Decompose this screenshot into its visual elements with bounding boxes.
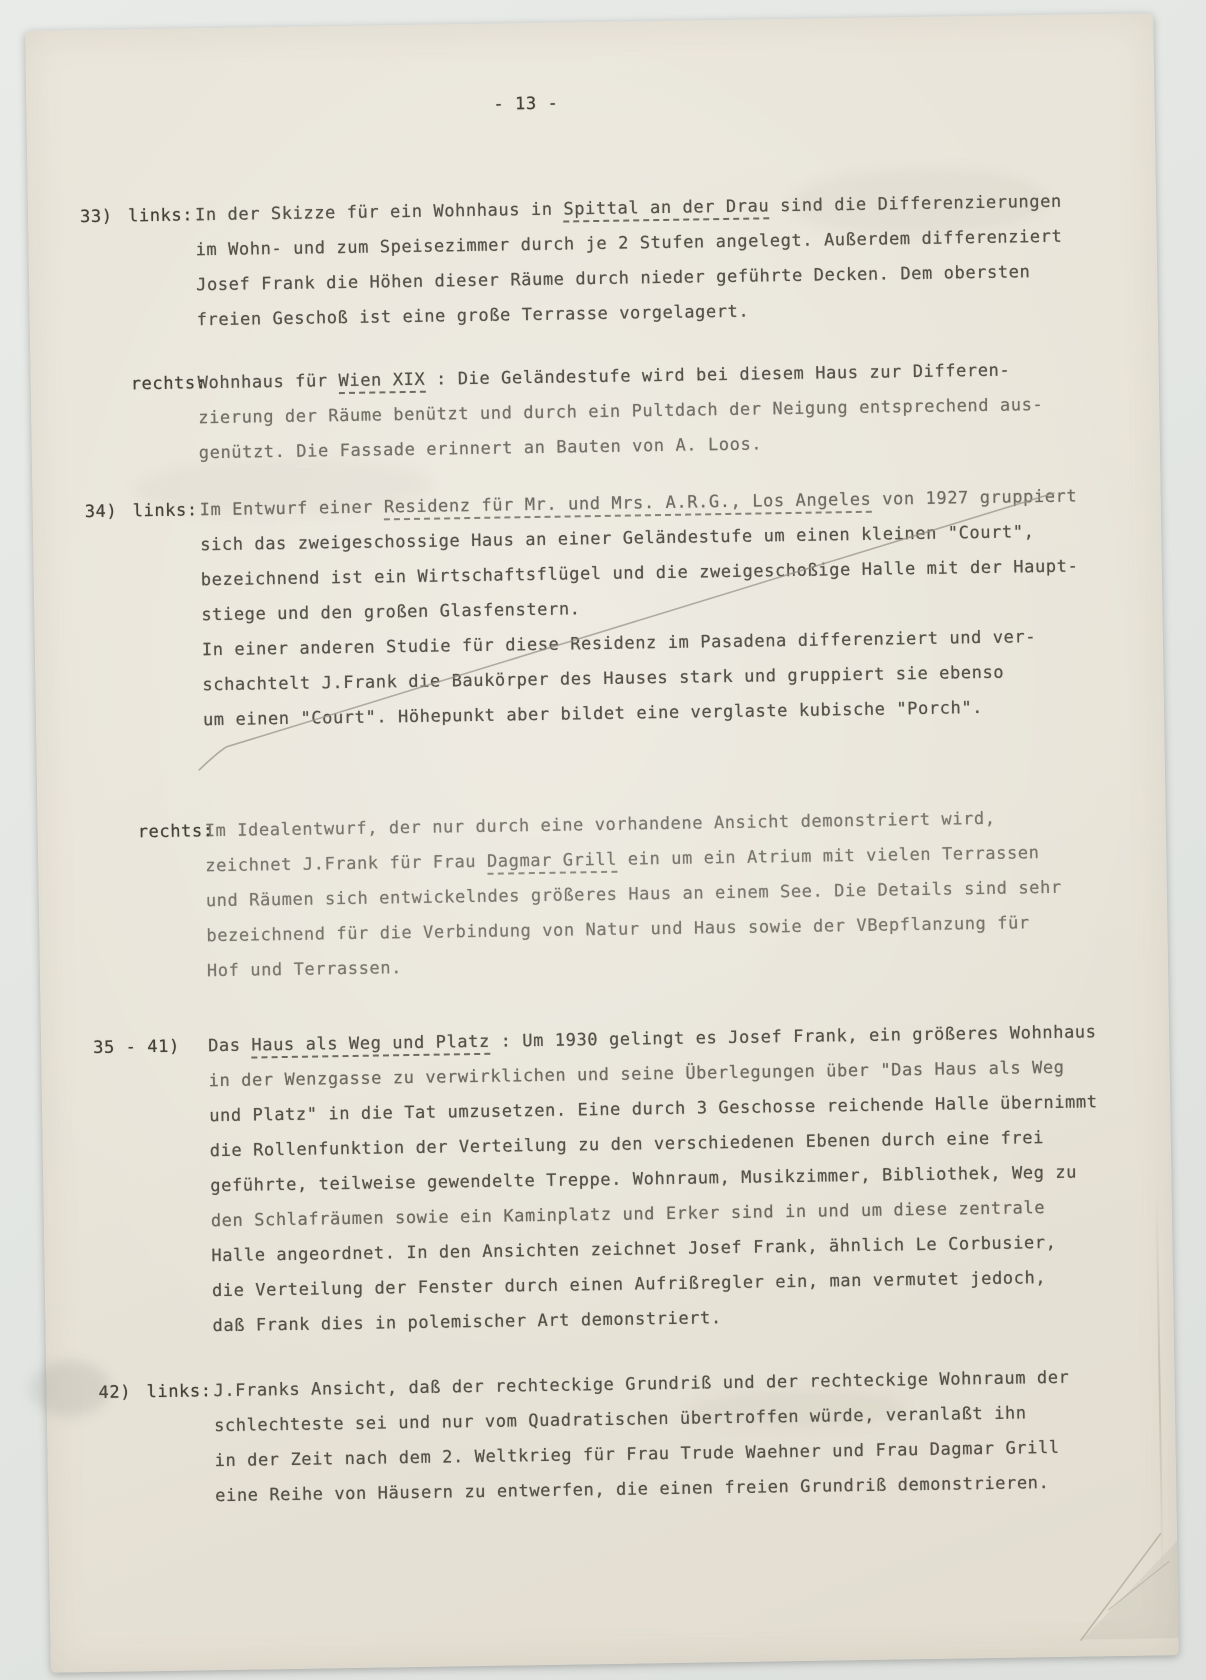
text-segment: ein um ein Atrium mit vielen Terrassen bbox=[617, 843, 1040, 870]
page-content: - 13 - 33)links:In der Skizze für ein Wo… bbox=[25, 13, 1179, 1673]
line-text: stiege und den großen Glasfenstern. bbox=[201, 592, 581, 633]
text-segment: in der Wenzgasse zu verwirklichen und se… bbox=[209, 1058, 1065, 1091]
text-segment: eine Reihe von Häusern zu entwerfen, die… bbox=[215, 1473, 1050, 1506]
text-segment: schachtelt J.Frank die Baukörper des Hau… bbox=[202, 663, 1004, 696]
text-segment: und Platz" in die Tat umzusetzen. Eine d… bbox=[209, 1092, 1098, 1126]
text-segment: um einen "Court". Höhepunkt aber bildet … bbox=[203, 698, 983, 730]
underlined-phrase: Wien XIX bbox=[338, 370, 425, 394]
text-segment: stiege und den großen Glasfenstern. bbox=[201, 599, 581, 625]
paragraphs: 33)links:In der Skizze für ein Wohnhaus … bbox=[28, 183, 1177, 1517]
text-segment: Das bbox=[208, 1036, 252, 1057]
underlined-phrase: Haus als Weg und Platz bbox=[251, 1032, 490, 1059]
text-segment: sich das zweigeschossige Haus an einer G… bbox=[200, 522, 1035, 555]
text-segment: zeichnet J.Frank für Frau bbox=[205, 852, 487, 876]
underlined-phrase: Residenz für Mr. und Mrs. A.R.G., Los An… bbox=[384, 490, 872, 521]
text-segment: bezeichnend für die Verbindung von Natur… bbox=[206, 913, 1030, 946]
text-segment: Im Idealentwurf, der nur durch eine vorh… bbox=[205, 809, 996, 841]
side-label: rechts: bbox=[130, 366, 206, 402]
side-label: rechts: bbox=[138, 814, 214, 850]
text-segment: In einer anderen Studie für diese Reside… bbox=[202, 627, 1037, 660]
underlined-phrase: Spittal an der Drau bbox=[563, 196, 769, 222]
text-segment: Halle angeordnet. In den Ansichten zeich… bbox=[211, 1233, 1056, 1266]
text-segment: von 1927 gruppiert bbox=[871, 486, 1077, 509]
side-label: links: bbox=[146, 1374, 212, 1410]
text-segment: zierung der Räume benützt und durch ein … bbox=[198, 395, 1043, 428]
text-segment: Josef Frank die Höhen dieser Räume durch… bbox=[196, 262, 1031, 295]
text-segment: bezeichnend ist ein Wirtschaftsflügel un… bbox=[201, 556, 1079, 590]
text-segment: : Um 1930 gelingt es Josef Frank, ein gr… bbox=[490, 1022, 1097, 1052]
paragraph-33-rechts: rechts:Wohnhaus für Wien XIX : Die Gelän… bbox=[30, 351, 1160, 474]
text-segment: J.Franks Ansicht, daß der rechteckige Gr… bbox=[213, 1368, 1069, 1401]
paragraph-42-links: 42)links:J.Franks Ansicht, daß der recht… bbox=[46, 1359, 1176, 1517]
text-segment: geführte, teilweise gewendelte Treppe. W… bbox=[210, 1163, 1077, 1197]
side-label: links: bbox=[128, 198, 194, 234]
text-segment: Wohnhaus für bbox=[198, 371, 339, 393]
paragraph-number: 33) bbox=[80, 200, 113, 236]
photo-background: { "page": { "number": "- 13 -" }, "color… bbox=[0, 0, 1206, 1680]
paragraph-34-links: 34)links:Im Entwurf einer Residenz für M… bbox=[32, 478, 1164, 741]
line-text: freien Geschoß ist eine große Terrasse v… bbox=[196, 295, 749, 339]
paragraph-34-rechts: rechts:Im Idealentwurf, der nur durch ei… bbox=[38, 799, 1169, 992]
text-segment: in der Zeit nach dem 2. Weltkrieg für Fr… bbox=[215, 1438, 1060, 1471]
paragraph-number: 35 - 41) bbox=[93, 1030, 180, 1066]
line-text: daß Frank dies in polemischer Art demons… bbox=[212, 1301, 722, 1344]
text-segment: In der Skizze für ein Wohnhaus in bbox=[195, 200, 564, 226]
text-segment: den Schlafräumen sowie ein Kaminplatz un… bbox=[211, 1198, 1046, 1231]
page-number: - 13 - bbox=[493, 87, 559, 123]
text-segment: daß Frank dies in polemischer Art demons… bbox=[212, 1308, 722, 1336]
text-segment: : Die Geländestufe wird bei diesem Haus … bbox=[425, 361, 1010, 390]
text-segment: die Rollenfunktion der Verteilung zu den… bbox=[210, 1128, 1045, 1161]
text-segment: freien Geschoß ist eine große Terrasse v… bbox=[197, 302, 750, 331]
text-segment: Hof und Terrassen. bbox=[207, 958, 402, 981]
line-text: Hof und Terrassen. bbox=[207, 951, 403, 989]
paragraph-35-41: 35 - 41)Das Haus als Weg und Platz : Um … bbox=[41, 1014, 1174, 1347]
underlined-phrase: Dagmar Grill bbox=[487, 850, 617, 875]
text-segment: die Verteilung der Fenster durch einen A… bbox=[212, 1268, 1047, 1301]
document-page: - 13 - 33)links:In der Skizze für ein Wo… bbox=[25, 13, 1179, 1673]
text-segment: und Räumen sich entwickelndes größeres H… bbox=[206, 878, 1062, 911]
paragraph-number: 34) bbox=[84, 495, 117, 531]
